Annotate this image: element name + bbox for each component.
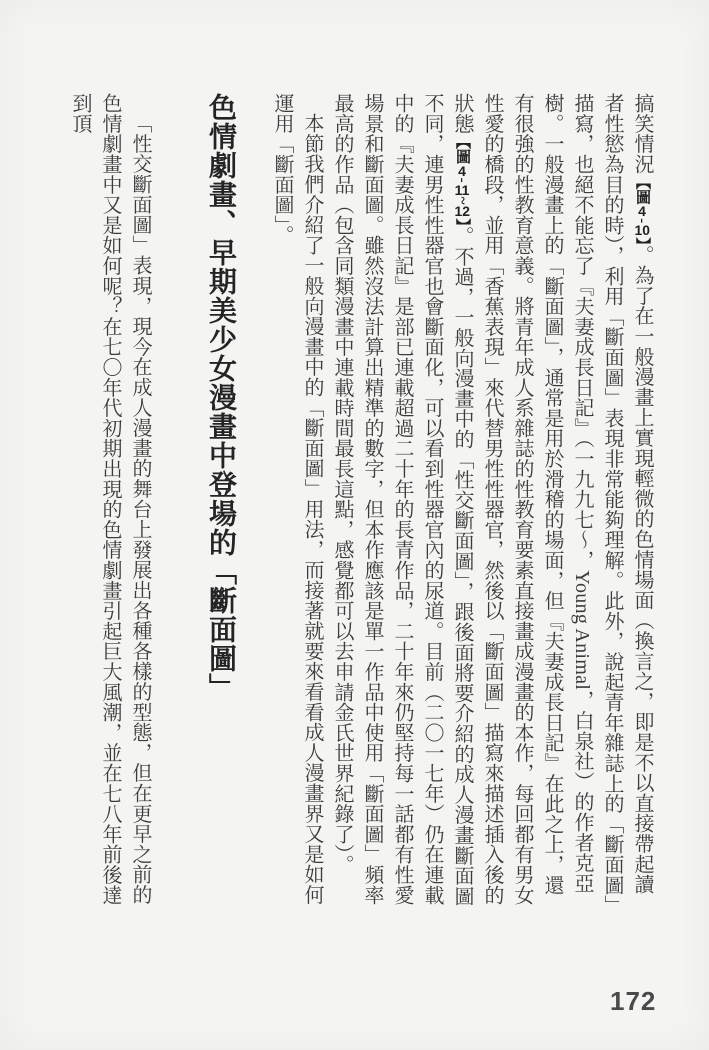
figure-ref-4-11-12: 【圖4-11~12】	[454, 134, 470, 226]
figure-ref-open-bracket: 【圖	[454, 134, 470, 164]
figure-ref-close-bracket: 】	[634, 237, 650, 245]
body-text: 搞笑情況	[631, 93, 653, 174]
paragraph-2: 本節我們介紹了一般向漫畫中的「斷面圖」用法，而接著就要來看看成人漫畫界又是如何運…	[267, 93, 327, 911]
body-text: 。為了在一般漫畫上實現輕微的色情場面（換言之，即是不以直接帶起讀者性慾為目的時）…	[451, 93, 653, 905]
section-heading: 色情劇畫、早期美少女漫畫中登場的「斷面圖」	[201, 93, 239, 911]
figure-number: 10	[634, 223, 650, 237]
paragraph-3: 「性交斷面圖」表現，現今在成人漫畫的舞台上發展出各種各樣的型態，但在更早之前的色…	[65, 93, 155, 911]
main-text-block: 搞笑情況【圖4-10】。為了在一般漫畫上實現輕微的色情場面（換言之，即是不以直接…	[65, 93, 657, 911]
book-page: 搞笑情況【圖4-10】。為了在一般漫畫上實現輕微的色情場面（換言之，即是不以直接…	[0, 0, 709, 1050]
paragraph-1: 搞笑情況【圖4-10】。為了在一般漫畫上實現輕微的色情場面（換言之，即是不以直接…	[327, 93, 657, 911]
figure-ref-4-10: 【圖4-10】	[634, 174, 650, 245]
figure-number: 12	[454, 204, 470, 218]
body-text: 。不過，一般向漫畫中的「性交斷面圖」，跟後面將要介紹的成人漫畫斷面圖不同，連男性…	[331, 93, 473, 906]
figure-ref-close-bracket: 】	[454, 218, 470, 226]
figure-number: 4	[634, 204, 650, 218]
figure-ref-open-bracket: 【圖	[634, 174, 650, 204]
figure-number: 4	[454, 164, 470, 178]
figure-number: 11	[454, 183, 470, 197]
page-number: 172	[610, 986, 656, 1017]
